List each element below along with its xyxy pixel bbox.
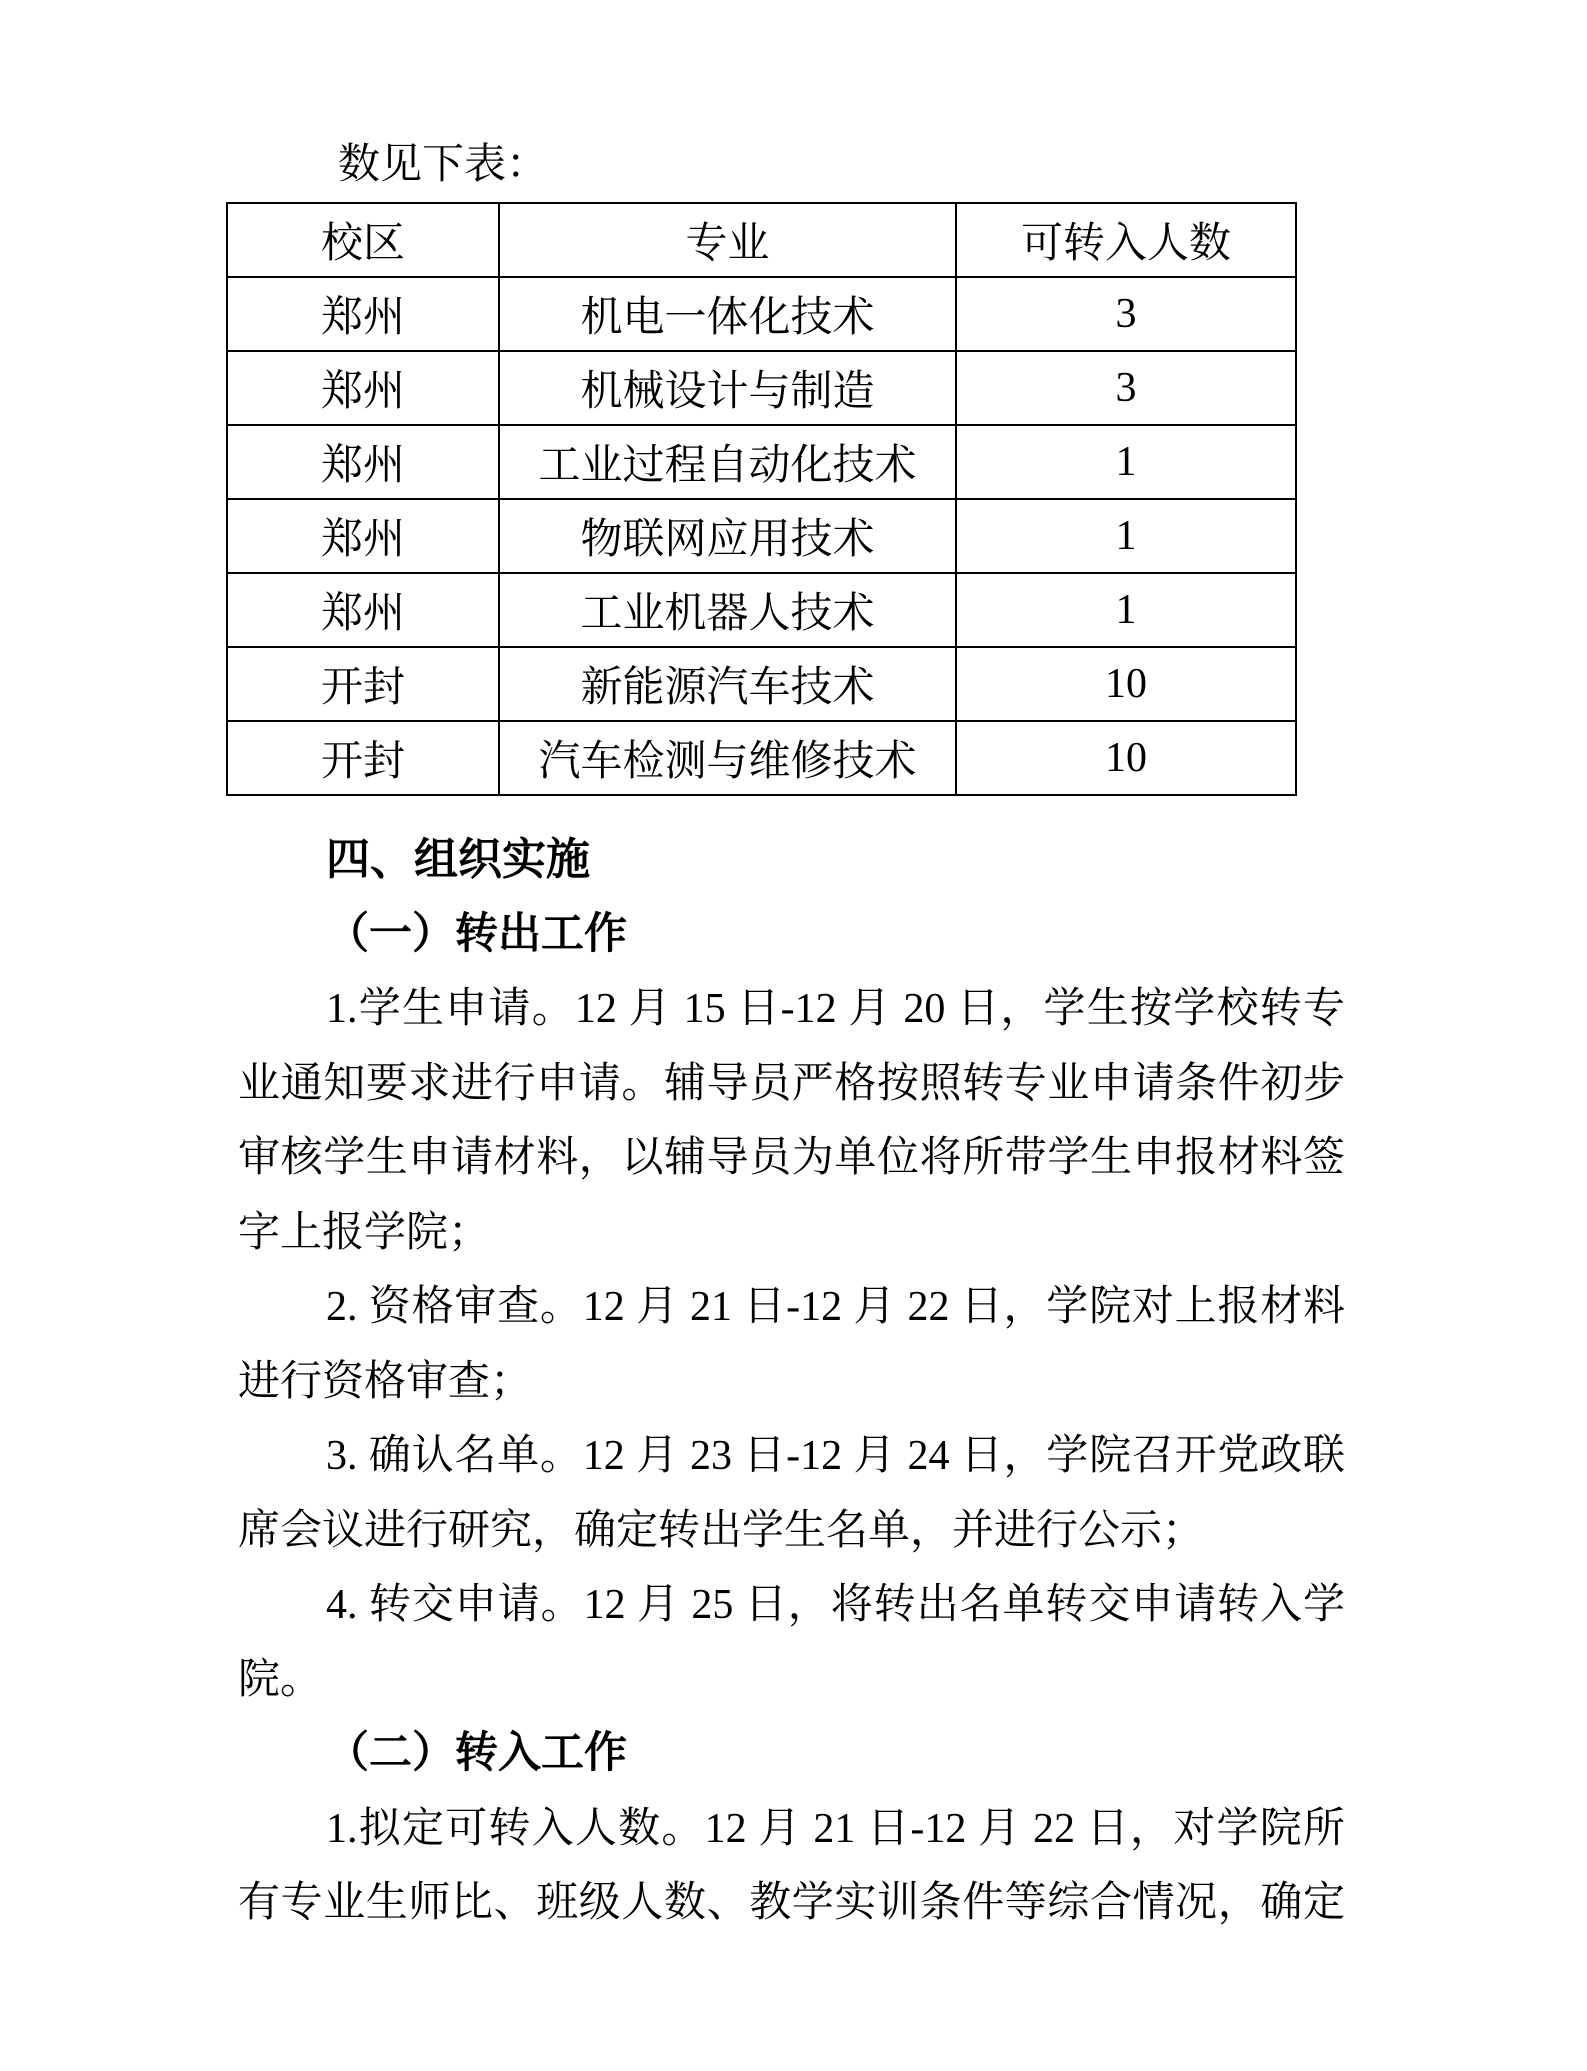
paragraph-line: 字上报学院； [238, 1196, 1345, 1271]
transfer-quota-table: 校区专业可转入人数 郑州机电一体化技术3郑州机械设计与制造3郑州工业过程自动化技… [226, 202, 1297, 796]
table-header-cell: 可转入人数 [956, 203, 1296, 277]
table-row: 郑州物联网应用技术1 [227, 499, 1296, 573]
paragraph-line: 1.学生申请。12 月 15 日-12 月 20 日，学生按学校转专 [238, 972, 1345, 1047]
table-cell: 郑州 [227, 425, 499, 499]
paragraph-line: 有专业生师比、班级人数、教学实训条件等综合情况，确定 [238, 1866, 1345, 1941]
table-cell: 郑州 [227, 277, 499, 351]
paragraph-line: 进行资格审查； [238, 1345, 1345, 1420]
table-cell: 汽车检测与维修技术 [499, 721, 956, 795]
table-row: 郑州机电一体化技术3 [227, 277, 1296, 351]
table-cell: 机电一体化技术 [499, 277, 956, 351]
table-cell: 郑州 [227, 351, 499, 425]
table-cell: 3 [956, 351, 1296, 425]
table-row: 开封新能源汽车技术10 [227, 647, 1296, 721]
table-cell: 工业机器人技术 [499, 573, 956, 647]
table-cell: 1 [956, 573, 1296, 647]
table-header-row: 校区专业可转入人数 [227, 203, 1296, 277]
table-row: 郑州工业过程自动化技术1 [227, 425, 1296, 499]
table-cell: 物联网应用技术 [499, 499, 956, 573]
table-cell: 开封 [227, 721, 499, 795]
paragraph-line: 2. 资格审查。12 月 21 日-12 月 22 日，学院对上报材料 [238, 1270, 1345, 1345]
table-cell: 郑州 [227, 499, 499, 573]
table-row: 郑州工业机器人技术1 [227, 573, 1296, 647]
paragraph-line: 院。 [238, 1643, 1345, 1718]
paragraph-line: 3. 确认名单。12 月 23 日-12 月 24 日，学院召开党政联 [238, 1419, 1345, 1494]
table-cell: 3 [956, 277, 1296, 351]
table-cell: 工业过程自动化技术 [499, 425, 956, 499]
paragraph-line: 1.拟定可转入人数。12 月 21 日-12 月 22 日，对学院所 [238, 1792, 1345, 1867]
table-cell: 10 [956, 721, 1296, 795]
paragraph-line: 审核学生申请材料，以辅导员为单位将所带学生申报材料签 [238, 1121, 1345, 1196]
document-page: 数见下表： 校区专业可转入人数 郑州机电一体化技术3郑州机械设计与制造3郑州工业… [0, 0, 1587, 2071]
table-cell: 1 [956, 425, 1296, 499]
subsection-heading: （一）转出工作 [238, 898, 1345, 973]
table-cell: 新能源汽车技术 [499, 647, 956, 721]
table-cell: 郑州 [227, 573, 499, 647]
paragraph-line: 4. 转交申请。12 月 25 日，将转出名单转交申请转入学 [238, 1568, 1345, 1643]
table-header-cell: 校区 [227, 203, 499, 277]
table-cell: 1 [956, 499, 1296, 573]
table-cell: 开封 [227, 647, 499, 721]
document-body: 四、组织实施（一）转出工作1.学生申请。12 月 15 日-12 月 20 日，… [238, 823, 1345, 1941]
intro-line: 数见下表： [238, 128, 1345, 202]
paragraph-line: 席会议进行研究，确定转出学生名单，并进行公示； [238, 1494, 1345, 1569]
table-header-cell: 专业 [499, 203, 956, 277]
table-cell: 10 [956, 647, 1296, 721]
table-row: 开封汽车检测与维修技术10 [227, 721, 1296, 795]
table-row: 郑州机械设计与制造3 [227, 351, 1296, 425]
paragraph-line: 业通知要求进行申请。辅导员严格按照转专业申请条件初步 [238, 1047, 1345, 1122]
subsection-heading: （二）转入工作 [238, 1717, 1345, 1792]
section-heading: 四、组织实施 [238, 823, 1345, 898]
table-cell: 机械设计与制造 [499, 351, 956, 425]
